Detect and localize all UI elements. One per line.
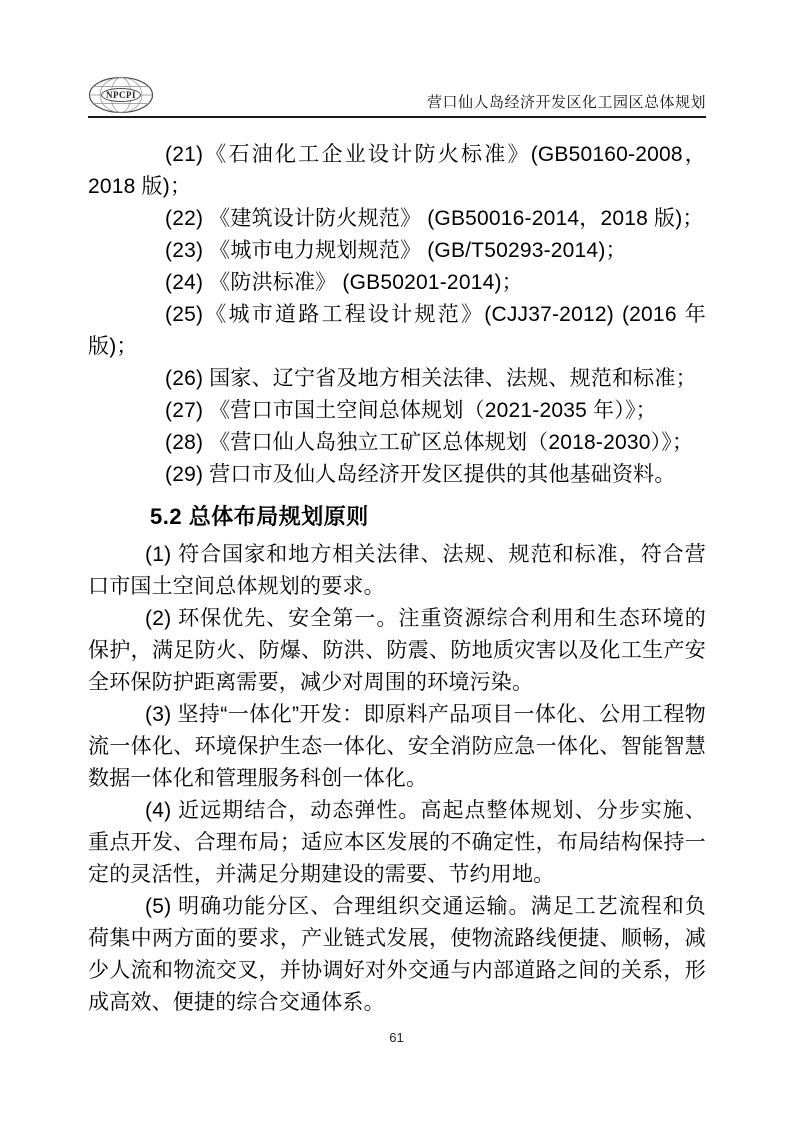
- section-heading: 5.2 总体布局规划原则: [150, 505, 706, 529]
- page-number: 61: [389, 1030, 403, 1045]
- document-title: 营口仙人岛经济开发区化工园区总体规划: [427, 91, 706, 112]
- body-paragraph: (1) 符合国家和地方相关法律、法规、规范和标准，符合营口市国土空间总体规划的要…: [88, 539, 706, 603]
- reference-item: (24) 《防洪标准》 (GB50201-2014)；: [88, 267, 706, 299]
- page-header: NPCPI 营口仙人岛经济开发区化工园区总体规划: [88, 76, 706, 118]
- reference-item: (21)《石油化工企业设计防火标准》(GB50160-2008，2018 版)；: [88, 139, 706, 203]
- reference-item: (23) 《城市电力规划规范》 (GB/T50293-2014)；: [88, 235, 706, 267]
- body-paragraph: (5) 明确功能分区、合理组织交通运输。满足工艺流程和负荷集中两方面的要求，产业…: [88, 891, 706, 1019]
- reference-item: (27) 《营口市国土空间总体规划（2021-2035 年）》；: [88, 395, 706, 427]
- npcpi-logo: NPCPI: [88, 76, 154, 114]
- document-page: NPCPI 营口仙人岛经济开发区化工园区总体规划 (21)《石油化工企业设计防火…: [0, 0, 793, 1122]
- reference-item: (29) 营口市及仙人岛经济开发区提供的其他基础资料。: [88, 459, 706, 491]
- page-content: (21)《石油化工企业设计防火标准》(GB50160-2008，2018 版)；…: [88, 139, 706, 1019]
- page-footer: 61: [0, 1030, 793, 1045]
- reference-item: (22) 《建筑设计防火规范》 (GB50016-2014，2018 版)；: [88, 203, 706, 235]
- reference-item: (25)《城市道路工程设计规范》(CJJ37-2012) (2016 年版)；: [88, 299, 706, 363]
- body-paragraph: (2) 环保优先、安全第一。注重资源综合利用和生态环境的保护，满足防火、防爆、防…: [88, 603, 706, 699]
- body-paragraph: (4) 近远期结合，动态弹性。高起点整体规划、分步实施、重点开发、合理布局；适应…: [88, 795, 706, 891]
- body-paragraph: (3) 坚持“一体化”开发：即原料产品项目一体化、公用工程物流一体化、环境保护生…: [88, 699, 706, 795]
- reference-item: (26) 国家、辽宁省及地方相关法律、法规、规范和标准；: [88, 363, 706, 395]
- reference-item: (28) 《营口仙人岛独立工矿区总体规划（2018-2030）》；: [88, 427, 706, 459]
- logo-text: NPCPI: [101, 88, 141, 102]
